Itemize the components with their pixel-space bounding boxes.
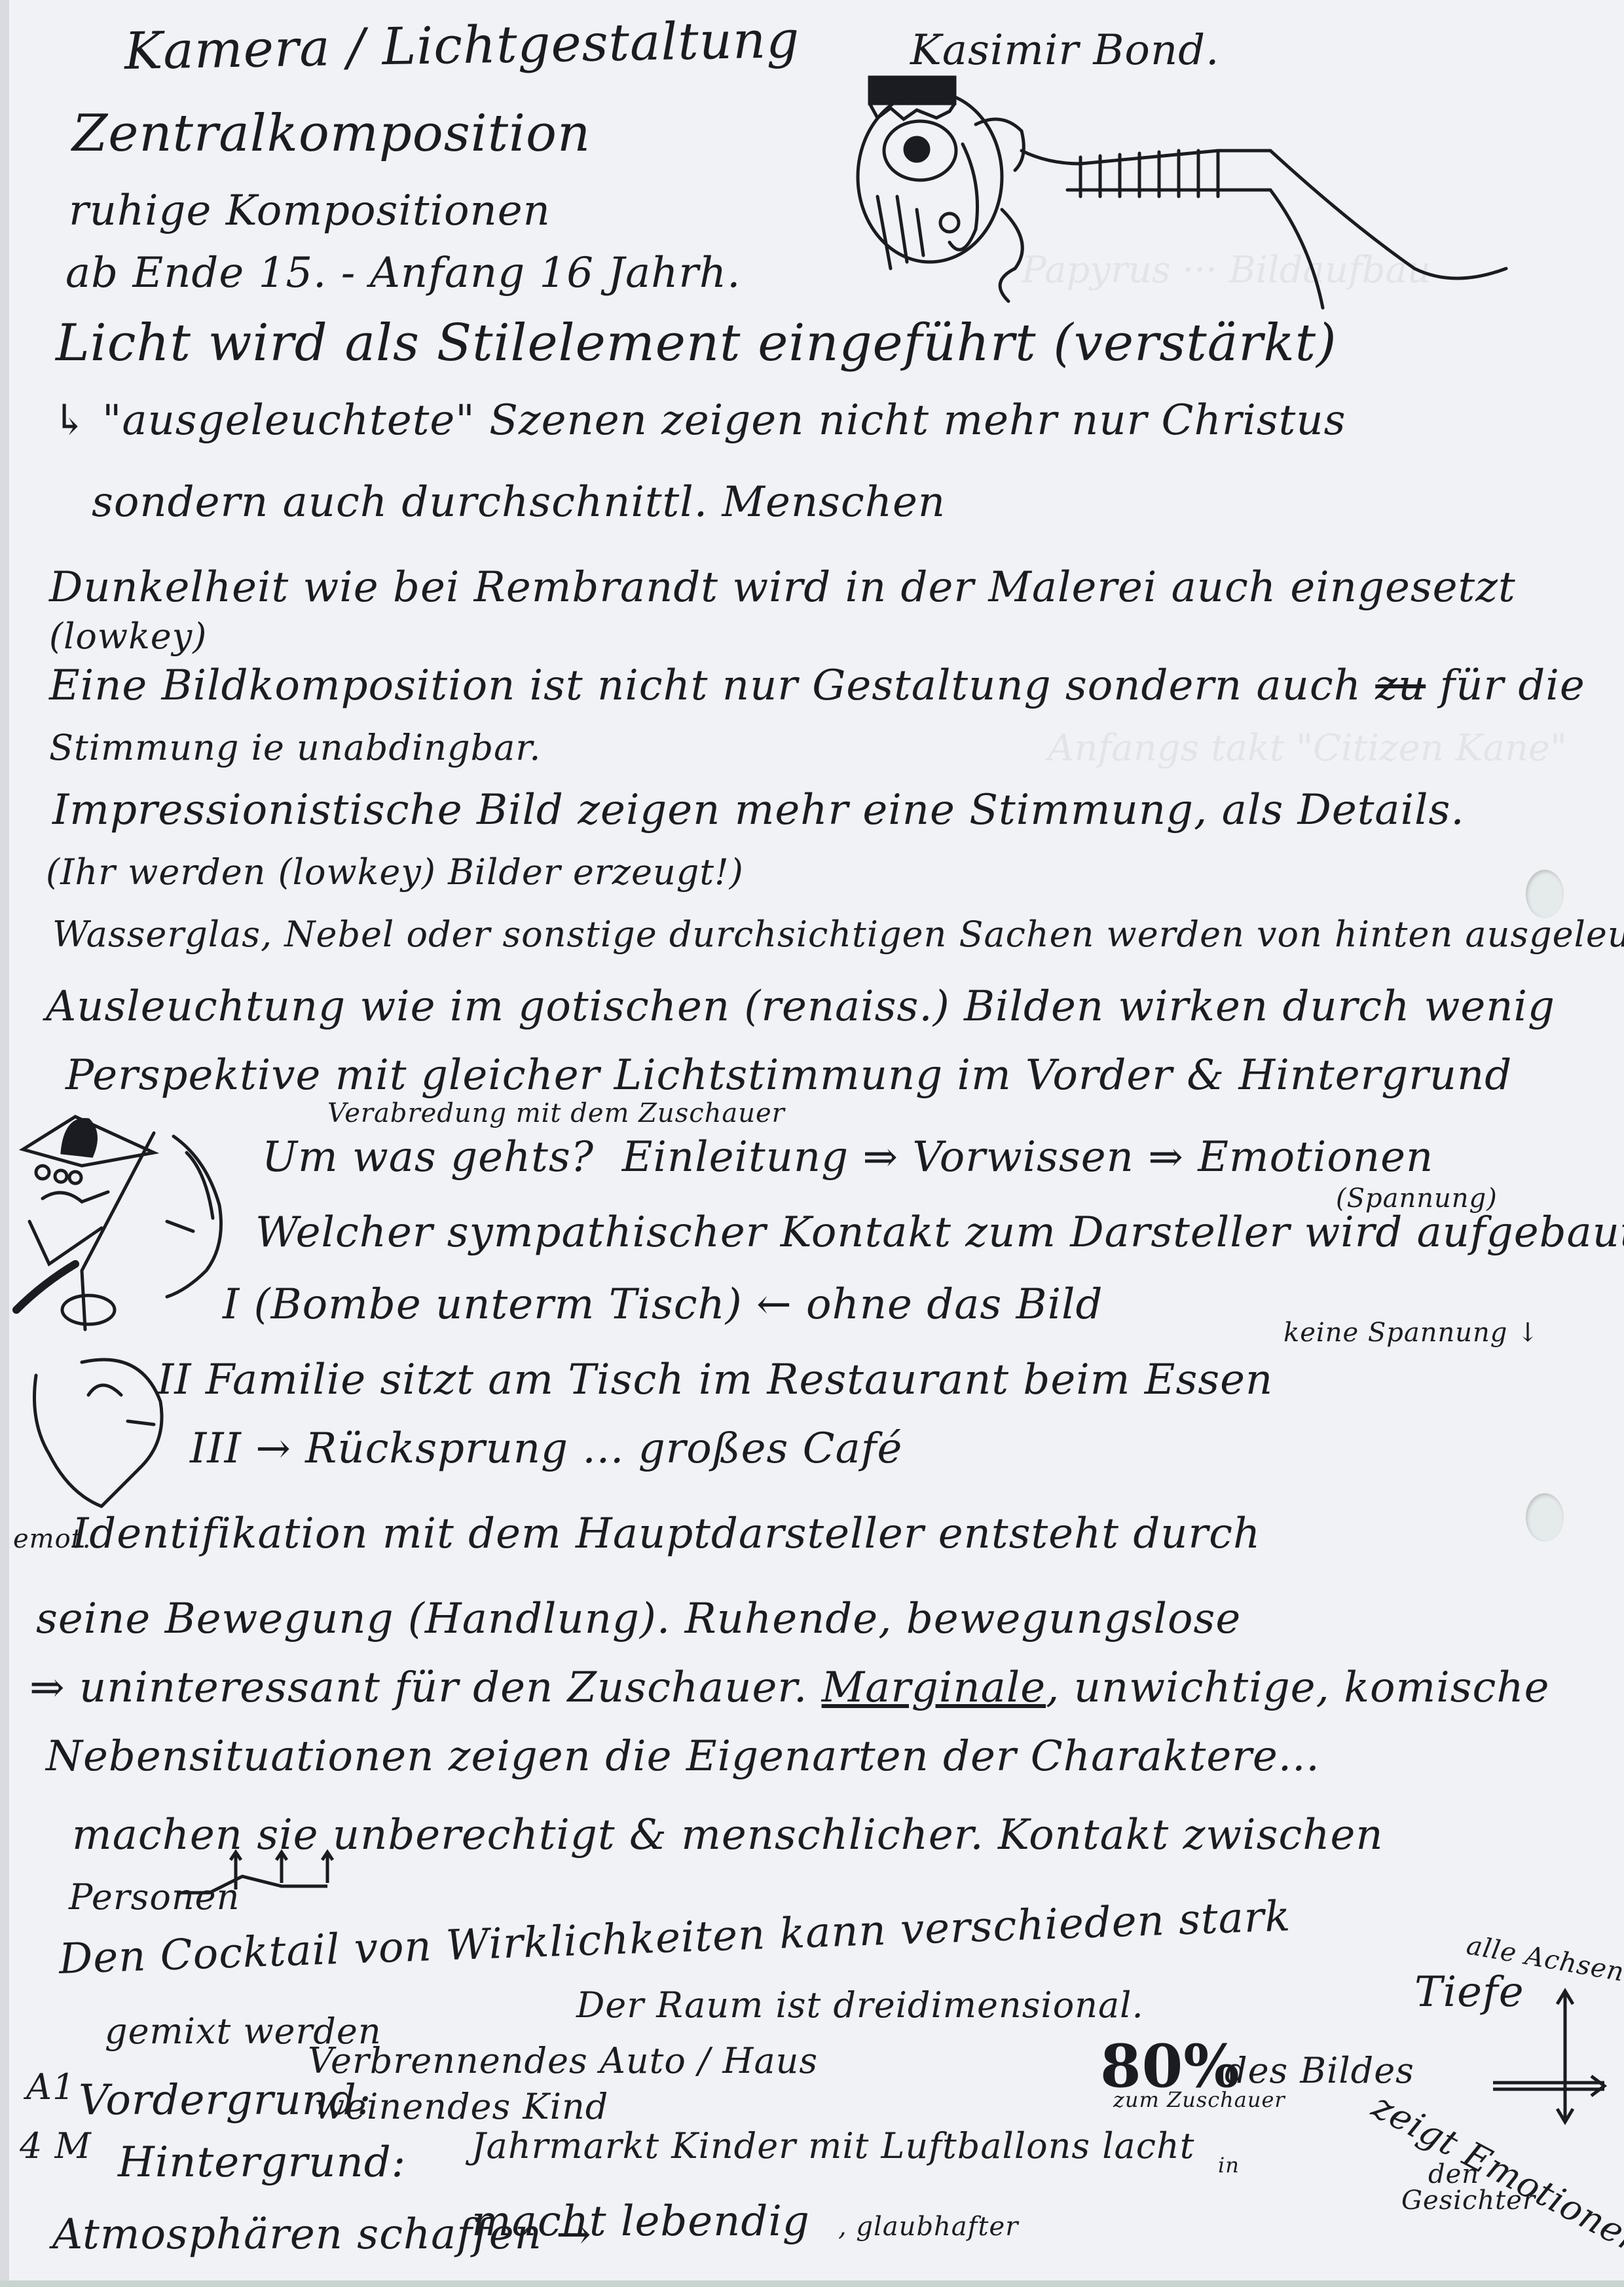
text-line: Nebensituationen zeigen die Eigenarten d…: [46, 1736, 1320, 1777]
text-line: ⇒ uninteressant für den Zuschauer. Margi…: [29, 1667, 1549, 1709]
text-segment: , unwichtige, komische: [1046, 1664, 1549, 1712]
text-line: Impressionistische Bild zeigen mehr eine…: [52, 789, 1465, 831]
text-line: (Spannung): [1336, 1185, 1498, 1212]
text-line: Perspektive mit gleicher Lichtstimmung i…: [65, 1054, 1512, 1096]
text-line: Eine Bildkomposition ist nicht nur Gesta…: [49, 665, 1585, 707]
punch-hole-bottom: [1526, 1493, 1564, 1542]
header-line-2: Zentralkomposition: [72, 108, 591, 159]
text-line: seine Bewegung (Handlung). Ruhende, bewe…: [36, 1598, 1241, 1640]
text-line: Dunkelheit wie bei Rembrandt wird in der…: [49, 567, 1516, 608]
underlined-word: Marginale: [822, 1664, 1046, 1712]
text-line: Jahrmarkt Kinder mit Luftballons lacht: [471, 2129, 1194, 2164]
text-line: in: [1218, 2155, 1240, 2176]
sketch-left-faces-eye-and-hand: [10, 1113, 246, 1519]
notebook-page: Papyrus ··· Bildaufbau Anfangs takt "Cit…: [0, 0, 1624, 2287]
text-line: II Familie sitzt am Tisch im Restaurant …: [157, 1359, 1273, 1401]
author-note: Kasimir Bond.: [910, 29, 1219, 71]
text-line: Stimmung ie unabdingbar.: [49, 730, 541, 766]
text-line: III → Rücksprung ... großes Café: [190, 1428, 902, 1470]
text-segment: ⇒ uninteressant für den Zuschauer.: [29, 1664, 822, 1712]
struck-word: zu: [1375, 661, 1426, 710]
text-line: Identifikation mit dem Hauptdarsteller e…: [72, 1513, 1261, 1555]
text-line: Licht wird als Stilelement eingeführt (v…: [56, 318, 1337, 369]
text-segment: für die: [1426, 661, 1585, 710]
text-line: macht lebendig: [471, 2201, 810, 2242]
text-line: I (Bombe unterm Tisch) ← ohne das Bild: [223, 1284, 1103, 1326]
text-line: den Gesichter: [1401, 2161, 1506, 2214]
text-segment: Einleitung ⇒ Vorwissen ⇒ Emotionen: [622, 1133, 1433, 1181]
text-line: Verbrennendes Auto / Haus: [308, 2043, 818, 2079]
header-line-1: Kamera / Lichtgestaltung: [124, 14, 800, 77]
margin-note: A1: [26, 2070, 75, 2105]
page-bottom-edge: [0, 2280, 1624, 2287]
text-line: (Ihr werden (lowkey) Bilder erzeugt!): [46, 855, 744, 890]
text-line: sondern auch durchschnittl. Menschen: [92, 481, 946, 523]
margin-note: 4 M: [20, 2129, 92, 2164]
text-line: , glaubhafter: [838, 2214, 1018, 2240]
text-line: Verabredung mit dem Zuschauer: [327, 1100, 785, 1126]
insert-arrows-icon: [170, 1847, 406, 1899]
header-line-3: ruhige Kompositionen: [69, 190, 551, 232]
text-line: Wasserglas, Nebel oder sonstige durchsic…: [52, 917, 1624, 952]
axes-arrow-icon: [1480, 1984, 1611, 2129]
text-segment: Eine Bildkomposition ist nicht nur Gesta…: [49, 661, 1375, 710]
text-line: Welcher sympathischer Kontakt zum Darste…: [255, 1212, 1624, 1254]
text-line: weinendes Kind: [314, 2089, 608, 2125]
text-line: ↳ "ausgeleuchtete" Szenen zeigen nicht m…: [52, 400, 1346, 441]
text-line: (lowkey): [49, 619, 207, 654]
bleed-through-text: Anfangs takt "Citizen Kane": [1048, 727, 1567, 770]
text-line: Den Cocktail von Wirklichkeiten kann ver…: [58, 1895, 1291, 1980]
text-line: Um was gehts? Einleitung ⇒ Vorwissen ⇒ E…: [262, 1136, 1433, 1178]
text-line: Der Raum ist dreidimensional.: [576, 1988, 1144, 2023]
percent-label: des Bildes: [1225, 2053, 1414, 2089]
text-segment: Um was gehts?: [262, 1133, 594, 1181]
page-left-edge: [0, 0, 9, 2287]
sketch-top-face-with-hat-and-hand: [851, 72, 1624, 327]
text-line: keine Spannung ↓: [1283, 1320, 1540, 1346]
text-line: Ausleuchtung wie im gotischen (renaiss.)…: [46, 986, 1555, 1028]
text-line: Hintergrund:: [118, 2142, 406, 2184]
header-line-4: ab Ende 15. - Anfang 16 Jahrh.: [65, 252, 741, 294]
percent-sub: zum Zuschauer: [1113, 2089, 1285, 2110]
punch-hole-top: [1526, 870, 1564, 918]
